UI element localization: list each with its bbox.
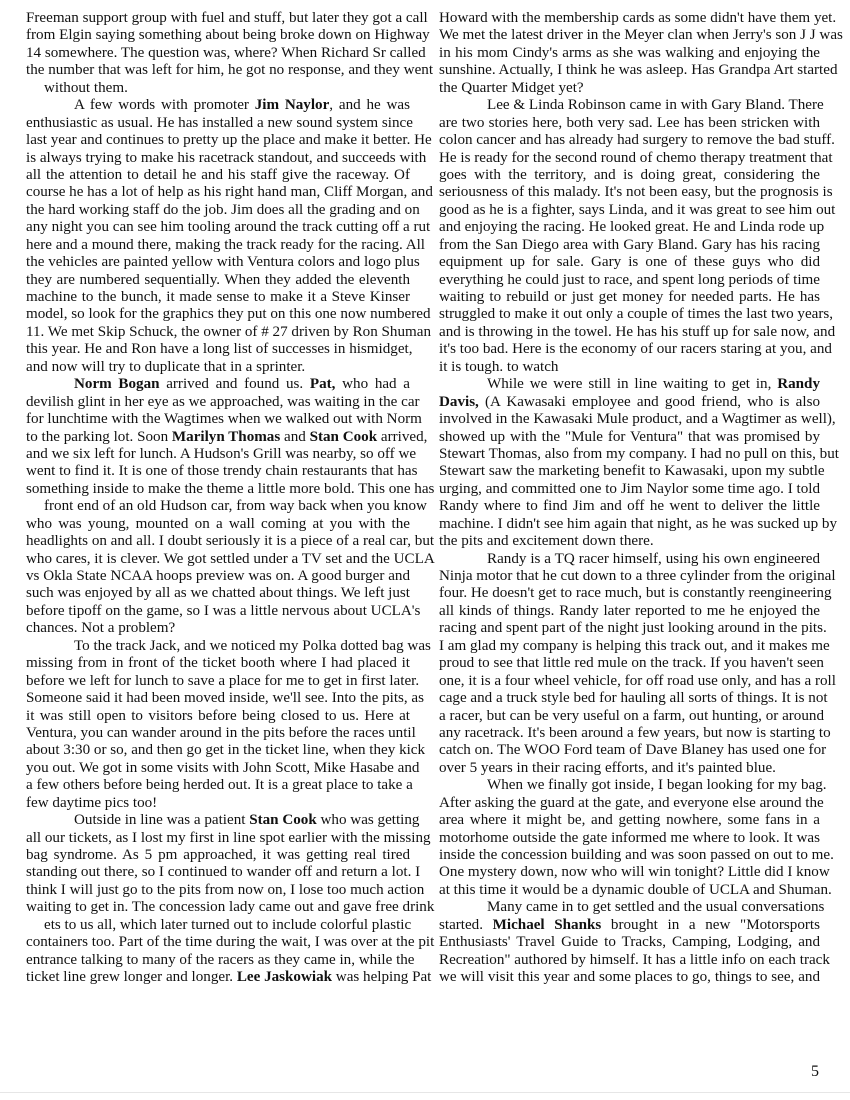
bold-name: Lee Jaskowiak [237, 969, 332, 985]
text-run: who was getting [317, 812, 420, 828]
bold-name: Michael Shanks [493, 917, 602, 933]
text-run: over 5 years in their racing efforts, an… [439, 760, 776, 776]
text-run: one, it is a four wheel vehicle, for off… [439, 673, 836, 689]
text-run: Freeman support group with fuel and stuf… [26, 10, 428, 26]
text-run: here and a mound there, making the track… [26, 237, 425, 253]
text-run: the pits and excitement down there. [439, 533, 654, 549]
text-run: and we six left for lunch. A Hudson's Gr… [26, 446, 416, 462]
text-line: struggled to make it out only a couple o… [439, 306, 820, 323]
text-line: course he has a lot of help as his right… [26, 184, 410, 201]
text-line: from the San Diego area with Gary Bland.… [439, 237, 820, 254]
text-run: any night you can see him tooling around… [26, 219, 430, 235]
bold-name: Norm Bogan [74, 376, 160, 392]
text-line: racing and spent part of the night just … [439, 620, 820, 637]
text-run: containers too. Part of the time during … [26, 934, 434, 950]
text-line: I am glad my company is helping this tra… [439, 638, 820, 655]
text-run: and enjoying the racing. He looked great… [439, 219, 824, 235]
text-line: think I will just go to the pits from no… [26, 882, 410, 899]
text-line: this year. He and Ron have a long list o… [26, 341, 410, 358]
text-line: goes with the territory, and is doing gr… [439, 167, 820, 184]
text-line: before we left for lunch to save a place… [26, 673, 410, 690]
text-run: cage and a truck style bed for hauling a… [439, 690, 828, 706]
text-run: racing and spent part of the night just … [439, 620, 827, 636]
text-line: When we finally got inside, I began look… [439, 777, 820, 794]
text-run: the vehicles are painted yellow with Ven… [26, 254, 420, 270]
text-run: who cares, it is clever. We got settled … [26, 551, 435, 567]
text-line: machine. I didn't see him again that nig… [439, 516, 820, 533]
text-run: One mystery down, now who will win tonig… [439, 864, 830, 880]
text-line: machine to the bunch, it made sense to m… [26, 289, 410, 306]
text-run: and [280, 429, 309, 445]
text-run: (A Kawasaki employee and good friend, wh… [479, 394, 820, 410]
text-line: for lunchtime with the Wagtimes when we … [26, 411, 410, 428]
text-line: you out. We got in some visits with John… [26, 760, 410, 777]
text-run: this year. He and Ron have a long list o… [26, 341, 413, 357]
text-line: something inside to make the theme a lit… [26, 481, 410, 498]
text-run: front end of an old Hudson car, from way… [44, 498, 427, 514]
text-line: the pits and excitement down there. [439, 533, 820, 550]
text-run: headlights on and all. I doubt seriously… [26, 533, 434, 549]
text-run: enthusiastic as usual. He has installed … [26, 115, 413, 131]
text-line: Stewart saw the marketing benefit to Kaw… [439, 463, 820, 480]
text-run: Ventura, you can wander around in the pi… [26, 725, 416, 741]
text-line: Freeman support group with fuel and stuf… [26, 10, 410, 27]
right-column: Howard with the membership cards as some… [439, 10, 820, 987]
left-column: Freeman support group with fuel and stuf… [26, 10, 410, 987]
text-line: colon cancer and has already had surgery… [439, 132, 820, 149]
text-line: Davis, (A Kawasaki employee and good fri… [439, 394, 820, 411]
text-run: equipment up for sale. Gary is one of th… [439, 254, 820, 270]
text-run: they are numbered sequentially. When the… [26, 272, 410, 288]
text-run: for lunchtime with the Wagtimes when we … [26, 411, 422, 427]
text-run: seriousness of this malady. It's not bee… [439, 184, 833, 200]
text-run: Randy where to find Jim and off he went … [439, 498, 820, 514]
text-line: Ninja motor that he cut down to a three … [439, 568, 820, 585]
text-run: ticket line grew longer and longer. [26, 969, 237, 985]
text-line: Enthusiasts' Travel Guide to Tracks, Cam… [439, 934, 820, 951]
text-line: proud to see that little red mule on the… [439, 655, 820, 672]
text-run: waiting to get in. The concession lady c… [26, 899, 434, 915]
text-run: all the attention to detail he and his s… [26, 167, 410, 183]
text-line: it is tough. to watch [439, 359, 820, 376]
text-line: vs Okla State NCAA hoops preview was on.… [26, 568, 410, 585]
text-run: in his mom Cindy's arms as she was walki… [439, 45, 820, 61]
text-line: the vehicles are painted yellow with Ven… [26, 254, 410, 271]
text-run: before tipoff on the game, so I was a li… [26, 603, 420, 619]
text-run: area where it might be, and getting nowh… [439, 812, 820, 828]
text-line: sunshine. Actually, I think he was aslee… [439, 62, 820, 79]
text-run: To the track Jack, and we noticed my Pol… [74, 638, 431, 654]
text-run: to the parking lot. Soon [26, 429, 172, 445]
text-run: a few others before being herded out. It… [26, 777, 413, 793]
text-line: To the track Jack, and we noticed my Pol… [26, 638, 410, 655]
text-run: Stewart saw the marketing benefit to Kaw… [439, 463, 825, 479]
text-line: who was young, mounted on a wall coming … [26, 516, 410, 533]
text-run: urging, and committed one to Jim Naylor … [439, 481, 820, 497]
text-line: we will visit this year and some places … [439, 969, 820, 986]
text-line: inside the concession building and was s… [439, 847, 820, 864]
text-line: He is ready for the second round of chem… [439, 150, 820, 167]
text-line: We met the latest driver in the Meyer cl… [439, 27, 820, 44]
text-run: machine. I didn't see him again that nig… [439, 516, 837, 532]
text-line: Howard with the membership cards as some… [439, 10, 820, 27]
text-run: He is ready for the second round of chem… [439, 150, 833, 166]
text-line: to the parking lot. Soon Marilyn Thomas … [26, 429, 410, 446]
text-run: brought in a new "Motorsports [601, 917, 820, 933]
text-run: Many came in to get settled and the usua… [487, 899, 824, 915]
text-run: it is tough. to watch [439, 359, 558, 375]
text-line: involved in the Kawasaki Mule product, a… [439, 411, 820, 428]
text-run: devilish glint in her eye as we approach… [26, 394, 420, 410]
text-line: 14 somewhere. The question was, where? W… [26, 45, 410, 62]
text-line: without them. [26, 80, 410, 97]
text-run: motorhome outside the gate informed me w… [439, 830, 820, 846]
text-line: Someone said it had been moved inside, w… [26, 690, 410, 707]
text-line: Randy is a TQ racer himself, using his o… [439, 551, 820, 568]
text-line: 11. We met Skip Schuck, the owner of # 2… [26, 324, 410, 341]
text-run: ets to us all, which later turned out to… [44, 917, 411, 933]
text-line: the Quarter Midget yet? [439, 80, 820, 97]
text-line: the number that was left for him, he got… [26, 62, 410, 79]
text-run: goes with the territory, and is doing gr… [439, 167, 820, 183]
text-line: model, so look for the graphics they put… [26, 306, 410, 323]
text-run: sunshine. Actually, I think he was aslee… [439, 62, 838, 78]
text-run: at this time it would be a dynamic doubl… [439, 882, 832, 898]
text-line: area where it might be, and getting nowh… [439, 812, 820, 829]
text-run: Someone said it had been moved inside, w… [26, 690, 424, 706]
text-run: before we left for lunch to save a place… [26, 673, 419, 689]
text-line: such was enjoyed by all as we chatted ab… [26, 585, 410, 602]
text-run: we will visit this year and some places … [439, 969, 820, 985]
text-line: Randy where to find Jim and off he went … [439, 498, 820, 515]
text-line: showed up with the "Mule for Ventura" th… [439, 429, 820, 446]
text-line: started. Michael Shanks brought in a new… [439, 917, 820, 934]
text-run: Lee & Linda Robinson came in with Gary B… [487, 97, 824, 113]
text-run: without them. [44, 80, 128, 96]
text-line: any racetrack. It's been around a few ye… [439, 725, 820, 742]
text-run: machine to the bunch, it made sense to m… [26, 289, 410, 305]
text-line: ticket line grew longer and longer. Lee … [26, 969, 410, 986]
text-run: A few words with promoter [74, 97, 255, 113]
text-run: a racer, but can be very useful on a far… [439, 708, 824, 724]
text-run: missing from in front of the ticket boot… [26, 655, 410, 671]
text-line: all our tickets, as I lost my first in l… [26, 830, 410, 847]
text-line: waiting to get in. The concession lady c… [26, 899, 410, 916]
text-line: Lee & Linda Robinson came in with Gary B… [439, 97, 820, 114]
text-line: before tipoff on the game, so I was a li… [26, 603, 410, 620]
text-line: are two stories here, both very sad. Lee… [439, 115, 820, 132]
text-line: from Elgin saying something about being … [26, 27, 410, 44]
text-line: and is throwing in the towel. He has his… [439, 324, 820, 341]
text-line: last year and continues to pretty up the… [26, 132, 410, 149]
text-run: few daytime pics too! [26, 795, 157, 811]
text-line: at this time it would be a dynamic doubl… [439, 882, 820, 899]
bold-name: Davis, [439, 394, 479, 410]
text-run: showed up with the "Mule for Ventura" th… [439, 429, 820, 445]
text-line: front end of an old Hudson car, from way… [26, 498, 410, 515]
text-line: cage and a truck style bed for hauling a… [439, 690, 820, 707]
text-run: from Elgin saying something about being … [26, 27, 430, 43]
text-line: A few words with promoter Jim Naylor, an… [26, 97, 410, 114]
text-run: Recreation" authored by himself. It has … [439, 952, 830, 968]
text-run: you out. We got in some visits with John… [26, 760, 419, 776]
text-line: the hard working staff do the job. Jim d… [26, 202, 410, 219]
text-run: We met the latest driver in the Meyer cl… [439, 27, 843, 43]
text-line: about 3:30 or so, and then go get in the… [26, 742, 410, 759]
text-line: a racer, but can be very useful on a far… [439, 708, 820, 725]
text-line: all the attention to detail he and his s… [26, 167, 410, 184]
text-run: went to find it. It is one of those tren… [26, 463, 418, 479]
text-line: good as he is a fighter, says Linda, and… [439, 202, 820, 219]
text-line: motorhome outside the gate informed me w… [439, 830, 820, 847]
text-run: proud to see that little red mule on the… [439, 655, 824, 671]
text-line: containers too. Part of the time during … [26, 934, 410, 951]
text-line: seriousness of this malady. It's not bee… [439, 184, 820, 201]
text-line: devilish glint in her eye as we approach… [26, 394, 410, 411]
text-run: think I will just go to the pits from no… [26, 882, 424, 898]
text-run: After asking the guard at the gate, and … [439, 795, 824, 811]
bold-name: Marilyn Thomas [172, 429, 280, 445]
text-run: is always trying to make his racetrack s… [26, 150, 426, 166]
text-line: equipment up for sale. Gary is one of th… [439, 254, 820, 271]
text-run: Enthusiasts' Travel Guide to Tracks, Cam… [439, 934, 820, 950]
text-run: any racetrack. It's been around a few ye… [439, 725, 831, 741]
page-bottom-edge [0, 1092, 850, 1093]
text-line: urging, and committed one to Jim Naylor … [439, 481, 820, 498]
text-line: over 5 years in their racing efforts, an… [439, 760, 820, 777]
text-run: Howard with the membership cards as some… [439, 10, 836, 26]
text-line: bag syndrome. As 5 pm approached, it was… [26, 847, 410, 864]
page-number: 5 [811, 1063, 819, 1081]
text-line: missing from in front of the ticket boot… [26, 655, 410, 672]
text-run: it was still open to visitors before bei… [26, 708, 410, 724]
text-run: something inside to make the theme a lit… [26, 481, 434, 497]
text-run: vs Okla State NCAA hoops preview was on.… [26, 568, 410, 584]
text-run: was helping Pat [332, 969, 431, 985]
text-run: chances. Not a problem? [26, 620, 175, 636]
text-run: such was enjoyed by all as we chatted ab… [26, 585, 410, 601]
text-line: and now will try to duplicate that in a … [26, 359, 410, 376]
text-run: 11. We met Skip Schuck, the owner of # 2… [26, 324, 431, 340]
text-line: While we were still in line waiting to g… [439, 376, 820, 393]
text-run: about 3:30 or so, and then go get in the… [26, 742, 425, 758]
text-run: are two stories here, both very sad. Lee… [439, 115, 820, 131]
text-line: one, it is a four wheel vehicle, for off… [439, 673, 820, 690]
bold-name: Stan Cook [249, 812, 317, 828]
text-run: Ninja motor that he cut down to a three … [439, 568, 836, 584]
text-line: here and a mound there, making the track… [26, 237, 410, 254]
text-run: inside the concession building and was s… [439, 847, 834, 863]
text-run: struggled to make it out only a couple o… [439, 306, 833, 322]
text-run: entrance talking to many of the racers a… [26, 952, 415, 968]
text-line: everything he could just to race, and sp… [439, 272, 820, 289]
text-line: Norm Bogan arrived and found us. Pat, wh… [26, 376, 410, 393]
text-run: arrived, [377, 429, 427, 445]
text-run: four. He doesn't get to race much, but i… [439, 585, 832, 601]
text-line: Stewart Thomas, also from my company. I … [439, 446, 820, 463]
text-run: good as he is a fighter, says Linda, and… [439, 202, 835, 218]
text-line: they are numbered sequentially. When the… [26, 272, 410, 289]
bold-name: Jim Naylor [255, 97, 330, 113]
text-line: Recreation" authored by himself. It has … [439, 952, 820, 969]
text-run: While we were still in line waiting to g… [487, 376, 777, 392]
text-run: waiting to rebuild or just get money for… [439, 289, 820, 305]
text-line: any night you can see him tooling around… [26, 219, 410, 236]
text-line: in his mom Cindy's arms as she was walki… [439, 45, 820, 62]
text-line: all kinds of things. Randy later reporte… [439, 603, 820, 620]
text-run: catch on. The WOO Ford team of Dave Blan… [439, 742, 826, 758]
text-line: it's too bad. Here is the economy of our… [439, 341, 820, 358]
text-run: who had a [335, 376, 410, 392]
text-line: One mystery down, now who will win tonig… [439, 864, 820, 881]
bold-name: Stan Cook [310, 429, 378, 445]
text-run: from the San Diego area with Gary Bland.… [439, 237, 820, 253]
document-page: Freeman support group with fuel and stuf… [0, 0, 850, 1100]
text-line: is always trying to make his racetrack s… [26, 150, 410, 167]
text-run: I am glad my company is helping this tra… [439, 638, 830, 654]
text-run: last year and continues to pretty up the… [26, 132, 432, 148]
text-line: ets to us all, which later turned out to… [26, 917, 410, 934]
text-run: everything he could just to race, and sp… [439, 272, 820, 288]
bold-name: Randy [777, 376, 820, 392]
text-line: Many came in to get settled and the usua… [439, 899, 820, 916]
text-run: the Quarter Midget yet? [439, 80, 584, 96]
text-run: Stewart Thomas, also from my company. I … [439, 446, 839, 462]
bold-name: Pat, [310, 376, 336, 392]
text-run: the hard working staff do the job. Jim d… [26, 202, 420, 218]
text-line: enthusiastic as usual. He has installed … [26, 115, 410, 132]
text-line: waiting to rebuild or just get money for… [439, 289, 820, 306]
text-line: who cares, it is clever. We got settled … [26, 551, 410, 568]
text-run: it's too bad. Here is the economy of our… [439, 341, 832, 357]
text-run: bag syndrome. As 5 pm approached, it was… [26, 847, 410, 863]
text-line: Ventura, you can wander around in the pi… [26, 725, 410, 742]
text-run: Outside in line was a patient [74, 812, 249, 828]
text-line: After asking the guard at the gate, and … [439, 795, 820, 812]
text-run: arrived and found us. [160, 376, 310, 392]
text-run: course he has a lot of help as his right… [26, 184, 433, 200]
text-run: involved in the Kawasaki Mule product, a… [439, 411, 836, 427]
text-line: headlights on and all. I doubt seriously… [26, 533, 410, 550]
text-line: went to find it. It is one of those tren… [26, 463, 410, 480]
text-line: four. He doesn't get to race much, but i… [439, 585, 820, 602]
text-run: 14 somewhere. The question was, where? W… [26, 45, 426, 61]
text-line: it was still open to visitors before bei… [26, 708, 410, 725]
text-run: all kinds of things. Randy later reporte… [439, 603, 820, 619]
text-run: model, so look for the graphics they put… [26, 306, 431, 322]
text-run: the number that was left for him, he got… [26, 62, 433, 78]
text-run: started. [439, 917, 493, 933]
text-run: colon cancer and has already had surgery… [439, 132, 835, 148]
text-line: a few others before being herded out. It… [26, 777, 410, 794]
text-run: and now will try to duplicate that in a … [26, 359, 305, 375]
text-line: and enjoying the racing. He looked great… [439, 219, 820, 236]
text-line: Outside in line was a patient Stan Cook … [26, 812, 410, 829]
text-run: Randy is a TQ racer himself, using his o… [487, 551, 820, 567]
text-run: and is throwing in the towel. He has his… [439, 324, 835, 340]
text-run: When we finally got inside, I began look… [487, 777, 827, 793]
text-line: standing out there, so I continued to wa… [26, 864, 410, 881]
text-run: standing out there, so I continued to wa… [26, 864, 420, 880]
text-run: , and he was [329, 97, 410, 113]
text-run: who was young, mounted on a wall coming … [26, 516, 410, 532]
text-line: catch on. The WOO Ford team of Dave Blan… [439, 742, 820, 759]
text-line: entrance talking to many of the racers a… [26, 952, 410, 969]
text-line: few daytime pics too! [26, 795, 410, 812]
text-run: all our tickets, as I lost my first in l… [26, 830, 431, 846]
text-line: and we six left for lunch. A Hudson's Gr… [26, 446, 410, 463]
text-line: chances. Not a problem? [26, 620, 410, 637]
